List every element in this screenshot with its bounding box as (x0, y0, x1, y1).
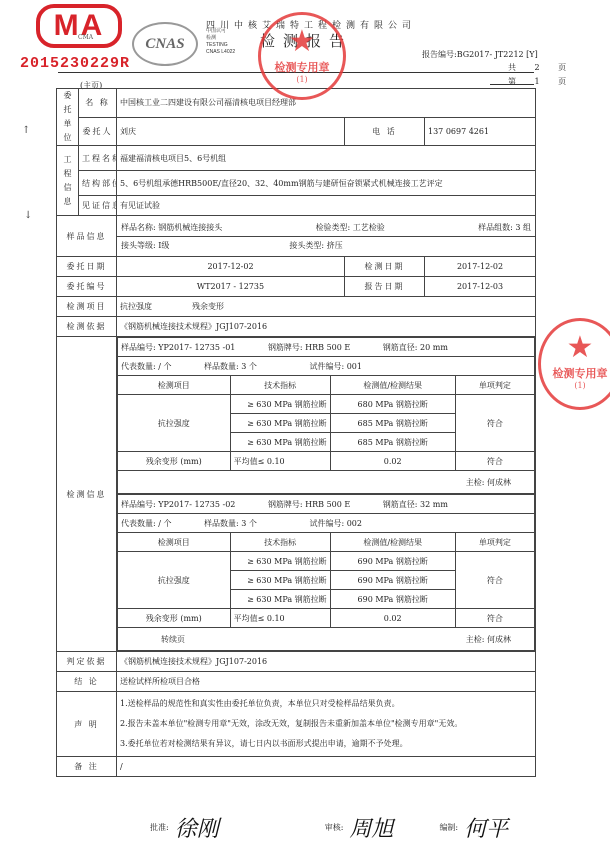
residual-label: 残余变形 (mm) (118, 609, 231, 628)
client-section-label: 委托单位 (57, 89, 79, 146)
cma-logo: MA (36, 4, 122, 48)
tensile-result: 685 MPa 钢筋拉断 (330, 433, 455, 452)
specimen-no: 试件编号: 001 (309, 362, 362, 371)
tensile-result: 690 MPa 钢筋拉断 (330, 571, 455, 590)
project-name-label: 工程名称 (79, 146, 117, 171)
stamp-sub: (1) (261, 75, 343, 84)
tensile-spec: ≥ 630 MPa 钢筋拉断 (230, 414, 330, 433)
test-basis-label: 检测依据 (57, 317, 117, 337)
sample-name: 样品名称: 钢筋机械连接接头 (121, 222, 222, 233)
approve-label: 批准: (150, 822, 169, 833)
joint-type: 接头类型: 挤压 (289, 240, 342, 251)
star-icon: ★ (541, 331, 610, 365)
client-name-label: 名 称 (79, 89, 117, 118)
residual-spec: 平均值≤ 0.10 (230, 609, 330, 628)
inspection-stamp: ★ 检测专用章 (1) (258, 12, 346, 100)
tensile-result: 680 MPa 钢筋拉断 (330, 395, 455, 414)
sample-qty-row: 代表数量: / 个 样品数量: 3 个 试件编号: 002 (118, 514, 535, 533)
tensile-result: 685 MPa 钢筋拉断 (330, 414, 455, 433)
cma-sub: CMA (78, 34, 93, 41)
inspector: 主检: 何成林 (466, 634, 511, 645)
report-number: 报告编号:BG2017- JT2212 [Y] (422, 49, 538, 60)
residual-spec: 平均值≤ 0.10 (230, 452, 330, 471)
joint-grade: 接头等级: Ⅰ级 (121, 240, 169, 251)
report-date-label: 报告日期 (345, 277, 425, 297)
col-header: 单项判定 (455, 376, 534, 395)
tensile-spec: ≥ 630 MPa 钢筋拉断 (230, 433, 330, 452)
margin-mark: ↓ (24, 210, 32, 221)
judgement-label: 判定依据 (57, 652, 117, 672)
report-date: 2017-12-03 (425, 277, 536, 297)
col-header: 单项判定 (455, 533, 534, 552)
sample-footer-row: 转续页 主检: 何成林 (118, 628, 535, 651)
tensile-spec: ≥ 630 MPa 钢筋拉断 (230, 590, 330, 609)
star-icon: ★ (261, 25, 343, 59)
page-current: 第 1 页 (508, 76, 574, 87)
judgement-value: 《钢筋机械连接技术规程》JGJ107-2016 (117, 652, 536, 672)
stamp-text: 检测专用章 (541, 365, 610, 381)
cnas-info: 中国认可 检测 TESTING CNAS L4022 (206, 28, 235, 56)
residual-result: 0.02 (330, 452, 455, 471)
margin-mark: ↑ (22, 125, 30, 136)
statement-item: 2.报告未盖本单位"检测专用章"无效，涂改无效，复制报告未重新加盖本单位"检测专… (120, 714, 532, 734)
tensile-verdict: 符合 (455, 552, 534, 609)
statement-item: 1.送检样品的规范性和真实性由委托单位负责，本单位只对受检样品结果负责。 (120, 694, 532, 714)
representative-qty: 代表数量: / 个 (121, 519, 171, 528)
representative-qty: 代表数量: / 个 (121, 362, 171, 371)
sample-no: 样品编号: YP2017- 12735 -01 (121, 343, 235, 352)
tensile-spec: ≥ 630 MPa 钢筋拉断 (230, 571, 330, 590)
contact-value: 刘庆 (117, 117, 345, 146)
tensile-label: 抗拉强度 (118, 552, 231, 609)
col-header: 检测值/检测结果 (330, 376, 455, 395)
project-section-label: 工程信息 (57, 146, 79, 216)
sample-groups: 样品组数: 3 组 (478, 222, 531, 233)
inspector: 主检: 何成林 (466, 477, 511, 488)
col-header: 检测项目 (118, 376, 231, 395)
specimen-no: 试件编号: 002 (309, 519, 362, 528)
cnas-info-line: CNAS L4022 (206, 49, 235, 56)
statement-content: 1.送检样品的规范性和真实性由委托单位负责，本单位只对受检样品结果负责。 2.报… (117, 692, 536, 757)
witness-label: 见证信息 (79, 196, 117, 216)
sample-info: 样品名称: 钢筋机械连接接头 检验类型: 工艺检验 样品组数: 3 组 接头等级… (117, 216, 536, 257)
conclusion-label: 结 论 (57, 672, 117, 692)
phone-value: 137 0697 4261 (425, 117, 536, 146)
test-date: 2017-12-02 (425, 257, 536, 277)
residual-label: 残余变形 (mm) (118, 452, 231, 471)
statement-label: 声 明 (57, 692, 117, 757)
col-header: 检测项目 (118, 533, 231, 552)
cnas-info-line: 检测 (206, 35, 235, 42)
report-table: 委托单位 名 称 中国核工业二四建设有限公司福清核电项目经理部 委托人 刘庆 电… (56, 88, 536, 777)
conclusion-value: 送检试样所检项目合格 (117, 672, 536, 692)
residual-verdict: 符合 (455, 452, 534, 471)
test-basis-value: 《钢筋机械连接技术规程》JGJ107-2016 (117, 317, 536, 337)
sample-header-row: 样品编号: YP2017- 12735 -01 钢筋牌号: HRB 500 E … (118, 338, 535, 357)
residual-result: 0.02 (330, 609, 455, 628)
compile-signature: 何平 (464, 812, 508, 843)
steel-grade: 钢筋牌号: HRB 500 E (268, 343, 350, 352)
compile-label: 编制: (439, 822, 458, 833)
commission-no: WT2017 - 12735 (117, 277, 345, 297)
remarks-value: / (117, 757, 536, 777)
test-date-label: 检测日期 (345, 257, 425, 277)
sample-qty: 样品数量: 3 个 (204, 519, 257, 528)
tensile-spec: ≥ 630 MPa 钢筋拉断 (230, 552, 330, 571)
structure-label: 结构部位 (79, 171, 117, 196)
structure-value: 5、6号机组承德HRB500E/直径20、32、40mm钢筋与建研恒奋锁紧式机械… (117, 171, 536, 196)
steel-diameter: 钢筋直径: 32 mm (383, 500, 448, 509)
sample-block: 样品编号: YP2017- 12735 -02 钢筋牌号: HRB 500 E … (117, 494, 535, 651)
col-header: 技术指标 (230, 376, 330, 395)
phone-label: 电 话 (345, 117, 425, 146)
sample-header-row: 样品编号: YP2017- 12735 -02 钢筋牌号: HRB 500 E … (118, 495, 535, 514)
tensile-verdict: 符合 (455, 395, 534, 452)
remarks-label: 备 注 (57, 757, 117, 777)
sample-footer-row: 主检: 何成林 (118, 471, 535, 494)
col-header: 技术指标 (230, 533, 330, 552)
steel-grade: 钢筋牌号: HRB 500 E (268, 500, 350, 509)
sample-no: 样品编号: YP2017- 12735 -02 (121, 500, 235, 509)
test-item: 残余变形 (192, 302, 224, 311)
test-items-value: 抗拉强度残余变形 (117, 297, 536, 317)
commission-date: 2017-12-02 (117, 257, 345, 277)
residual-verdict: 符合 (455, 609, 534, 628)
cert-number: 2015230229R (20, 55, 130, 72)
page-divider (490, 84, 534, 85)
stamp-text: 检测专用章 (261, 59, 343, 75)
col-header: 检测值/检测结果 (330, 533, 455, 552)
cnas-info-line: TESTING (206, 42, 235, 49)
approve-signature: 徐刚 (175, 812, 219, 843)
tensile-label: 抗拉强度 (118, 395, 231, 452)
commission-date-label: 委托日期 (57, 257, 117, 277)
inspection-stamp-2: ★ 检测专用章 (1) (538, 318, 610, 410)
test-info-content: 样品编号: YP2017- 12735 -01 钢筋牌号: HRB 500 E … (117, 337, 536, 652)
sample-info-label: 样品信息 (57, 216, 117, 257)
signature-row: 批准: 徐刚 审核: 周旭 编制: 何平 (150, 812, 508, 843)
witness-value: 有见证试验 (117, 196, 536, 216)
tensile-result: 690 MPa 钢筋拉断 (330, 552, 455, 571)
sample-block: 样品编号: YP2017- 12735 -01 钢筋牌号: HRB 500 E … (117, 337, 535, 494)
inspection-type: 检验类型: 工艺检验 (316, 222, 385, 233)
tensile-spec: ≥ 630 MPa 钢筋拉断 (230, 395, 330, 414)
commission-no-label: 委托编号 (57, 277, 117, 297)
test-item: 抗拉强度 (120, 302, 152, 311)
tensile-result: 690 MPa 钢筋拉断 (330, 590, 455, 609)
review-label: 审核: (325, 822, 344, 833)
test-info-label: 检测信息 (57, 337, 117, 652)
steel-diameter: 钢筋直径: 20 mm (383, 343, 448, 352)
test-items-label: 检测项目 (57, 297, 117, 317)
sample-qty-row: 代表数量: / 个 样品数量: 3 个 试件编号: 001 (118, 357, 535, 376)
contact-label: 委托人 (79, 117, 117, 146)
sample-qty: 样品数量: 3 个 (204, 362, 257, 371)
project-name-value: 福建福清核电项目5、6号机组 (117, 146, 536, 171)
stamp-sub: (1) (541, 381, 610, 390)
review-signature: 周旭 (349, 812, 393, 843)
cnas-logo: CNAS (132, 22, 198, 66)
continued-note: 转续页 (161, 635, 185, 644)
statement-item: 3.委托单位若对检测结果有异议，请七日内以书面形式提出申请，逾期不予处理。 (120, 734, 532, 754)
